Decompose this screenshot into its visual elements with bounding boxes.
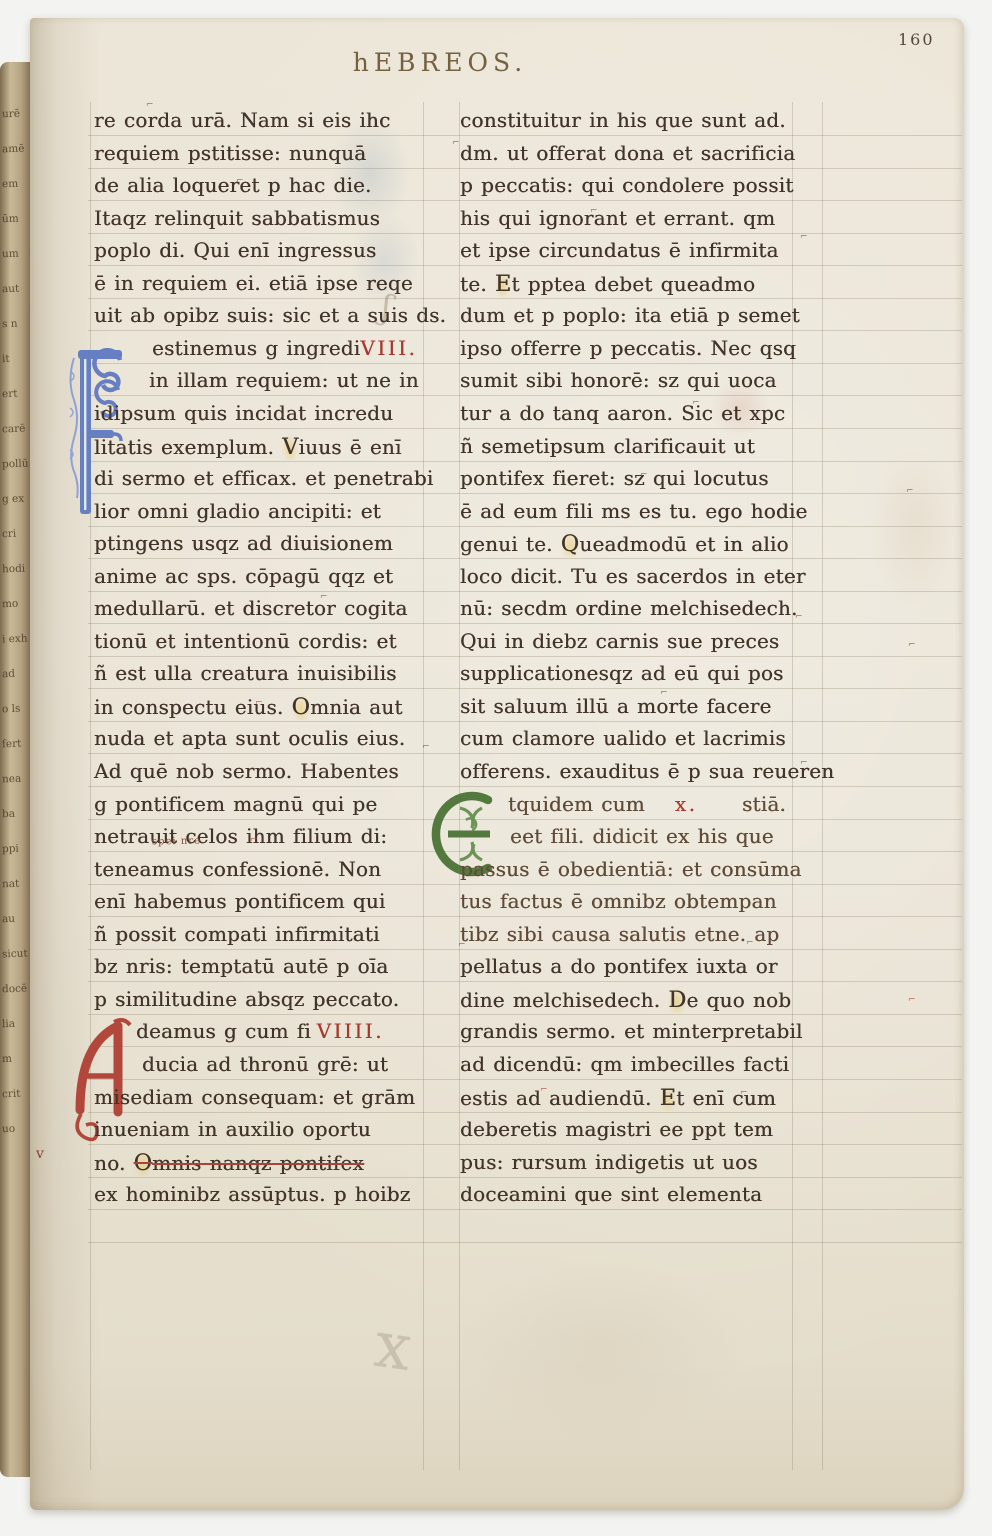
corrector-caret-mark: ⌐ (640, 470, 648, 480)
text-line: deberetis magistri ee ppt tem (460, 1117, 792, 1150)
text-column-right: constituitur in his que sunt ad.dm. ut o… (460, 108, 792, 1215)
text-line: ipso offerre p peccatis. Nec qsq (460, 336, 792, 369)
text-line: ñ semetipsum clarificauit ut (460, 434, 792, 467)
text-line: enī habemus pontificem qui (94, 889, 426, 922)
parchment-stain (870, 448, 960, 608)
text-line: poplo di. Qui enī ingressus (94, 238, 426, 271)
corrector-caret-mark: ⌐ (800, 758, 808, 768)
folio-number: 160 (898, 30, 935, 49)
text-line: ñ est ulla creatura inuisibilis (94, 661, 426, 694)
text-line: p peccatis: qui condolere possit (460, 173, 792, 206)
text-line: sumit sibi honorē: sz qui uoca (460, 368, 792, 401)
corrector-caret-mark: ⌐ (692, 398, 700, 408)
corrector-caret-mark: ⌐ (740, 1088, 748, 1098)
corrector-caret-mark: ⌐ (422, 742, 430, 752)
adjacent-page-text-fragment: pollū (2, 458, 29, 471)
text-line: pus: rursum indigetis ut uos (460, 1150, 792, 1183)
text-line: supplicationesqz ad eū qui pos (460, 661, 792, 694)
corrector-caret-mark: ⌐ (746, 938, 754, 948)
text-line: p similitudine absqz peccato. (94, 987, 426, 1020)
text-line: grandis sermo. et minterpretabil (460, 1019, 792, 1052)
text-line: no. Omnis nanqz pontifex (94, 1150, 426, 1183)
adjacent-page-text-fragment: s n (2, 318, 18, 331)
corrector-caret-mark: ⌐ (906, 486, 914, 496)
text-line: nū: secdm ordine melchisedech. (460, 596, 792, 629)
corrector-caret-mark: ⌐ (660, 688, 668, 698)
corrector-caret-mark: ⌐ (908, 995, 916, 1005)
adjacent-page-text-fragment: ūm (2, 213, 19, 226)
adjacent-page-text-fragment: um (2, 248, 19, 261)
text-line: tus factus ē omnibz obtempan (460, 889, 792, 922)
text-line: bz nris: temptatū autē p oīa (94, 954, 426, 987)
adjacent-page-text-fragment: amē (2, 143, 25, 156)
text-line: idipsum quis incidat incredu (94, 401, 426, 434)
adjacent-page-text-fragment: nat (2, 878, 20, 891)
text-line: cum clamore ualido et lacrimis (460, 726, 792, 759)
text-line: dine melchisedech. De quo nob (460, 987, 792, 1020)
corrector-caret-mark: ⌐ (250, 835, 258, 845)
adjacent-page-text-fragment: i exh (2, 633, 28, 646)
text-line: misediam consequam: et grām (94, 1085, 426, 1118)
text-line: dm. ut offerat dona et sacrificia (460, 141, 792, 174)
book-spine-edge: urēamēemūmumauts nitertcarēpollūg excrih… (0, 62, 30, 1477)
adjacent-page-text-fragment: carē (2, 423, 26, 436)
text-line: litatis exemplum. Viuus ē enī (94, 434, 426, 467)
text-line: re corda urā. Nam si eis ihc (94, 108, 426, 141)
text-line: dum et p poplo: ita etiā p semet (460, 303, 792, 336)
text-line: Ad quē nob sermo. Habentes (94, 759, 426, 792)
adjacent-page-text-fragment: sicut (2, 948, 28, 961)
text-line: loco dicit. Tu es sacerdos in eter (460, 564, 792, 597)
corrector-caret-mark: ⌐ (705, 180, 713, 190)
text-line: netrauit celos ihm filium di: (94, 824, 426, 857)
adjacent-page-text-fragment: cri (2, 528, 17, 540)
text-line: te. Et pptea debet queadmo (460, 271, 792, 304)
corrector-caret-mark: ⌐ (232, 316, 240, 326)
text-line: tquidem cumx.stiā. (460, 792, 792, 825)
text-line: ñ possit compati infirmitati (94, 922, 426, 955)
text-line: deamus g cum fiVIIII. (94, 1019, 426, 1052)
adjacent-page-text-fragment: g ex (2, 493, 25, 506)
adjacent-page-text-fragment: crit (2, 1088, 21, 1101)
corrector-caret-mark: ⌐ (800, 232, 808, 242)
text-line: ad dicendū: qm imbecilles facti (460, 1052, 792, 1085)
adjacent-page-text-fragment: docē (2, 983, 28, 996)
adjacent-page-text-fragment: ert (2, 388, 18, 401)
adjacent-page-text-fragment: nea (2, 773, 22, 786)
showthrough-mark: x (370, 1308, 416, 1386)
text-line: g pontificem magnū qui pe (94, 792, 426, 825)
text-line: his qui ignorant et errant. qm (460, 206, 792, 239)
adjacent-page-text-fragment: ad (2, 668, 15, 680)
manuscript-page: x ʃ hEBREOS. 160 (30, 18, 964, 1510)
text-line: eet fili. didicit ex his que (460, 824, 792, 857)
text-line: inueniam in auxilio oportu (94, 1117, 426, 1150)
text-line: ducia ad thronū grē: ut (94, 1052, 426, 1085)
text-line: tionū et intentionū cordis: et (94, 629, 426, 662)
adjacent-page-text-fragment: ppi (2, 843, 19, 856)
adjacent-page-text-fragment: au (2, 913, 15, 925)
interlinear-gloss: spei nre (152, 836, 201, 848)
text-line: constituitur in his que sunt ad. (460, 108, 792, 141)
corrector-caret-mark: ⌐ (458, 940, 466, 950)
adjacent-page-text-fragment: hodi (2, 563, 26, 576)
text-line: et ipse circundatus ē infirmita (460, 238, 792, 271)
adjacent-page-text-fragment: em (2, 178, 19, 191)
text-line: estinemus g ingrediVIII. (94, 336, 426, 369)
corrector-caret-mark: ⌐ (434, 838, 442, 848)
text-line: passus ē obedientiā: et consūma (460, 857, 792, 890)
text-line: ē in requiem ei. etiā ipse reqe (94, 271, 426, 304)
text-line: di sermo et efficax. et penetrabi (94, 466, 426, 499)
text-line: pontifex fieret: sz qui locutus (460, 466, 792, 499)
corrector-caret-mark: ⌐ (146, 100, 154, 110)
text-line: in illam requiem: ut ne in (94, 368, 426, 401)
text-column-left: re corda urā. Nam si eis ihcrequiem psti… (94, 108, 426, 1215)
text-line: ex hominibz assūptus. p hoibz (94, 1182, 426, 1215)
text-line: Itaqz relinquit sabbatismus (94, 206, 426, 239)
adjacent-page-text-fragment: m (2, 1053, 12, 1065)
text-line: genui te. Queadmodū et in alio (460, 531, 792, 564)
corrector-caret-mark: ⌐ (795, 612, 803, 622)
text-line: teneamus confessionē. Non (94, 857, 426, 890)
text-line: Qui in diebz carnis sue preces (460, 629, 792, 662)
corrector-caret-mark: ⌐ (236, 176, 244, 186)
corrector-caret-mark: ⌐ (908, 640, 916, 650)
text-line: lior omni gladio ancipiti: et (94, 499, 426, 532)
text-line: tibz sibi causa salutis etne. ap (460, 922, 792, 955)
text-line: requiem pstitisse: nunquā (94, 141, 426, 174)
adjacent-page-text-fragment: o ls (2, 703, 21, 716)
adjacent-page-text-fragment: it (2, 353, 10, 365)
text-line: offerens. exauditus ē p sua reueren (460, 759, 792, 792)
text-line: de alia loqueret p hac die. (94, 173, 426, 206)
text-line: medullarū. et discretor cogita (94, 596, 426, 629)
text-line: tur a do tanq aaron. Sic et xpc (460, 401, 792, 434)
text-line: sit saluum illū a morte facere (460, 694, 792, 727)
corrector-caret-mark: ⌐ (452, 138, 460, 148)
text-line: ptingens usqz ad diuisionem (94, 531, 426, 564)
adjacent-page-text-fragment: fert (2, 738, 22, 751)
adjacent-page-text-fragment: ba (2, 808, 15, 820)
text-line: pellatus a do pontifex iuxta or (460, 954, 792, 987)
text-line: ē ad eum fili ms es tu. ego hodie (460, 499, 792, 532)
adjacent-page-text-fragment: mo (2, 598, 19, 611)
corrector-caret-mark: ⌐ (540, 1085, 548, 1095)
corrector-caret-mark: ⌐ (320, 592, 328, 602)
parchment-stain (450, 1258, 750, 1438)
adjacent-page-text-fragment: urē (2, 108, 20, 121)
text-line: uit ab opibz suis: sic et a suis ds. (94, 303, 426, 336)
corrector-caret-mark: ⌐ (255, 698, 263, 708)
adjacent-page-text-fragment: uo (2, 1123, 16, 1135)
adjacent-page-text-fragment: lia (2, 1018, 15, 1030)
adjacent-page-text-fragment: aut (2, 283, 20, 296)
running-title: hEBREOS. (340, 48, 540, 77)
text-line: anime ac sps. cōpagū qqz et (94, 564, 426, 597)
margin-nota-mark: v (36, 1146, 44, 1162)
text-line: nuda et apta sunt oculis eius. (94, 726, 426, 759)
text-line: doceamini que sint elementa (460, 1182, 792, 1215)
corrector-caret-mark: ⌐ (590, 206, 598, 216)
